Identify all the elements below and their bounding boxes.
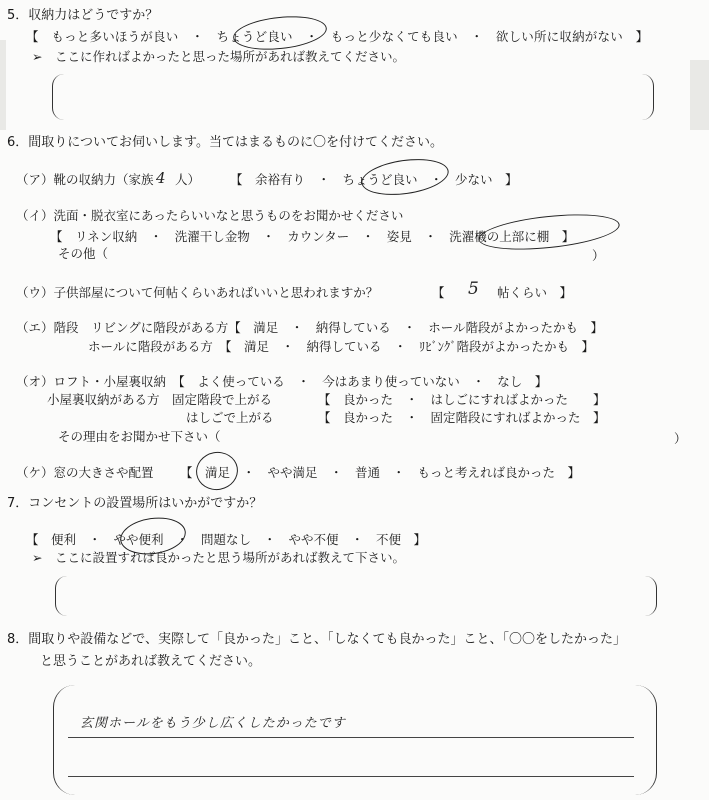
- scan-artifact: [0, 40, 6, 130]
- q6i-other-close: ）: [592, 248, 605, 264]
- q5-sub-prompt: ➢ ここに作ればよかったと思った場所があれば教えてください。: [32, 49, 405, 65]
- q5-options: 【 もっと多いほうが良い ・ ちょうど良い ・ もっと少なくても良い ・ 欲しい…: [26, 29, 648, 45]
- q8-title-line2: と思うことがあれば教えてください。: [40, 654, 261, 670]
- q6i-other-label: その他（: [58, 246, 108, 262]
- q6a-label: （ア）靴の収納力（家族: [16, 172, 154, 188]
- q6u-label: （ウ）子供部屋について何帖くらいあればいいと思われますか？: [16, 285, 378, 301]
- q6o-line3-prefix: はしごで上がる: [186, 410, 274, 426]
- q6o-label: （オ）ロフト・小屋裏収納 【 よく使っている ・ 今はあまり使っていない ・ な…: [16, 374, 547, 390]
- q6u-unit: 帖くらい 】: [497, 285, 572, 301]
- q8-answer-box[interactable]: [53, 685, 657, 795]
- q7-title: 7．コンセントの設置場所はいかがですか？: [7, 496, 262, 512]
- q6o-line3-options: 【 良かった ・ 固定階段にすればよかった 】: [318, 410, 606, 426]
- q8-title: 8．間取りや設備などで、実際して「良かった」こと、「しなくても良かった」こと、「…: [7, 632, 626, 648]
- q6u-open: 【: [432, 285, 445, 301]
- q6o-line2-prefix: 小屋裏収納がある方 固定階段で上がる: [47, 392, 272, 408]
- q6u-value[interactable]: 5: [468, 281, 479, 297]
- q6o-line2-options: 【 良かった ・ はしごにすればよかった 】: [318, 392, 606, 408]
- q6ke-label: （ケ）窓の大きさや配置: [16, 465, 154, 481]
- q8-answer-text[interactable]: 玄関ホールをもう少し広くしたかったです: [80, 716, 346, 732]
- q6e-line2: ホールに階段がある方 【 満足 ・ 納得している ・ ﾘﾋﾞﾝｸﾞ階段がよかった…: [88, 339, 594, 355]
- scan-artifact: [690, 60, 709, 130]
- q6o-reason-label: その理由をお聞かせ下さい（: [58, 429, 221, 445]
- q6a-selected-circle[interactable]: [359, 154, 451, 200]
- q6ke-options: 【 満足 ・ やや満足 ・ 普通 ・ もっと考えれば良かった 】: [180, 465, 580, 481]
- q6a-family-count[interactable]: 4: [156, 170, 166, 186]
- q7-answer-box[interactable]: [55, 576, 657, 616]
- q6o-reason-close: ）: [674, 431, 687, 447]
- q5-answer-box[interactable]: [52, 74, 654, 120]
- q8-answer-line-1: [68, 737, 634, 738]
- q6-title: 6．間取りについてお伺いします。当てはまるものに〇を付けてください。: [7, 135, 443, 151]
- q6i-label: （イ）洗面・脱衣室にあったらいいなと思うものをお聞かせください: [16, 208, 403, 224]
- q6ke-selected-circle[interactable]: [193, 449, 241, 494]
- q5-selected-circle[interactable]: [232, 12, 329, 54]
- q5-title: 5．収納力はどうですか？: [7, 8, 158, 24]
- q6e-label: （エ）階段 リビングに階段がある方【 満足 ・ 納得している ・ ホール階段がよ…: [16, 320, 603, 336]
- q8-answer-line-2: [68, 776, 634, 777]
- q7-options: 【 便利 ・ やや便利 ・ 問題なし ・ やや不便 ・ 不便 】: [26, 532, 426, 548]
- q6a-label-suffix: 人）: [175, 172, 200, 188]
- q7-sub-prompt: ➢ ここに設置すれば良かったと思う場所があれば教えて下さい。: [32, 550, 405, 566]
